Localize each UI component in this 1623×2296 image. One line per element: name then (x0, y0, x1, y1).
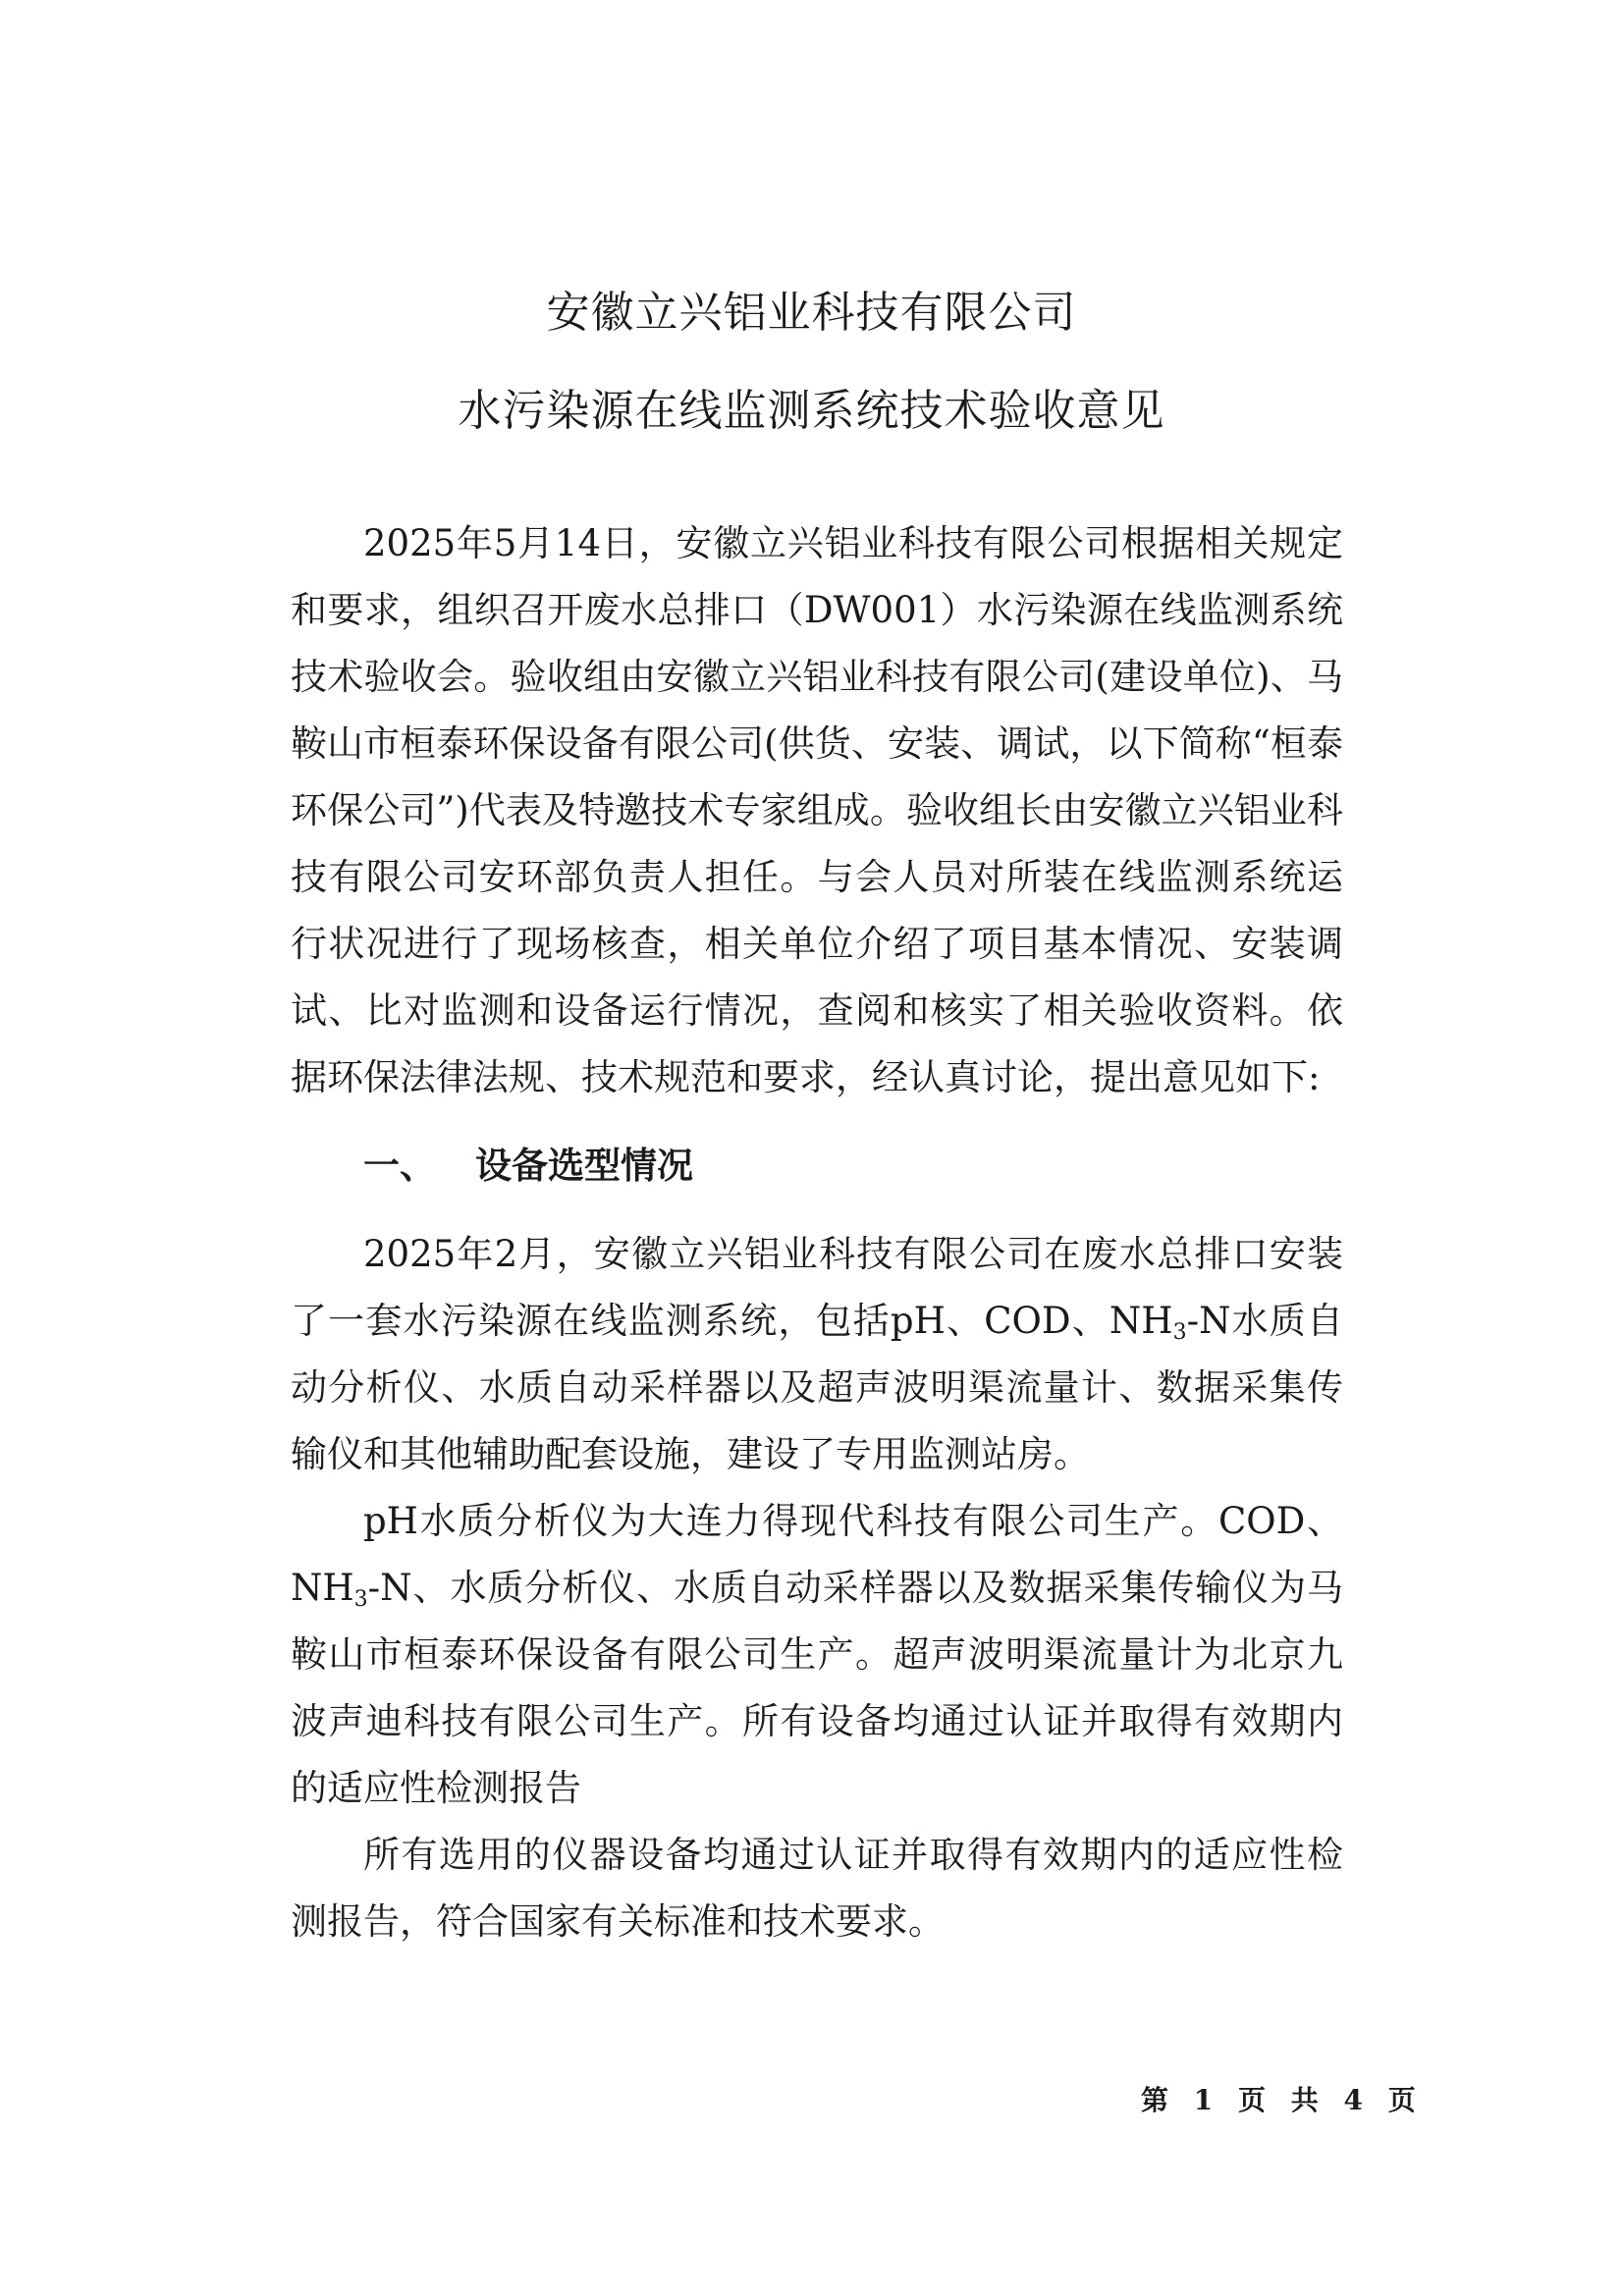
subscript: 3 (1173, 1320, 1187, 1345)
section-title: 设备选型情况 (475, 1145, 693, 1187)
section1-paragraph-3: 所有选用的仪器设备均通过认证并取得有效期内的适应性检测报告，符合国家有关标准和技… (291, 1822, 1343, 1955)
section1-paragraph-2: pH水质分析仪为大连力得现代科技有限公司生产。COD、NH3-N、水质分析仪、水… (291, 1488, 1343, 1822)
document-body: 2025年5月14日，安徽立兴铝业科技有限公司根据相关规定和要求，组织召开废水总… (291, 510, 1343, 1955)
section-number: 一、 (363, 1145, 436, 1187)
document-title-company: 安徽立兴铝业科技有限公司 (0, 277, 1623, 340)
intro-paragraph: 2025年5月14日，安徽立兴铝业科技有限公司根据相关规定和要求，组织召开废水总… (291, 510, 1343, 1111)
section-heading-1: 一、设备选型情况 (291, 1133, 1343, 1200)
document-page: 安徽立兴铝业科技有限公司 水污染源在线监测系统技术验收意见 2025年5月14日… (0, 0, 1623, 2296)
section1-paragraph-1: 2025年2月，安徽立兴铝业科技有限公司在废水总排口安装了一套水污染源在线监测系… (291, 1221, 1343, 1488)
text-span: -N、水质分析仪、水质自动采样器以及数据采集传输仪为马鞍山市桓泰环保设备有限公司… (291, 1567, 1343, 1809)
page-number: 第 1 页 共 4 页 (1141, 2079, 1424, 2118)
document-title-subject: 水污染源在线监测系统技术验收意见 (0, 375, 1623, 438)
subscript: 3 (354, 1587, 368, 1612)
